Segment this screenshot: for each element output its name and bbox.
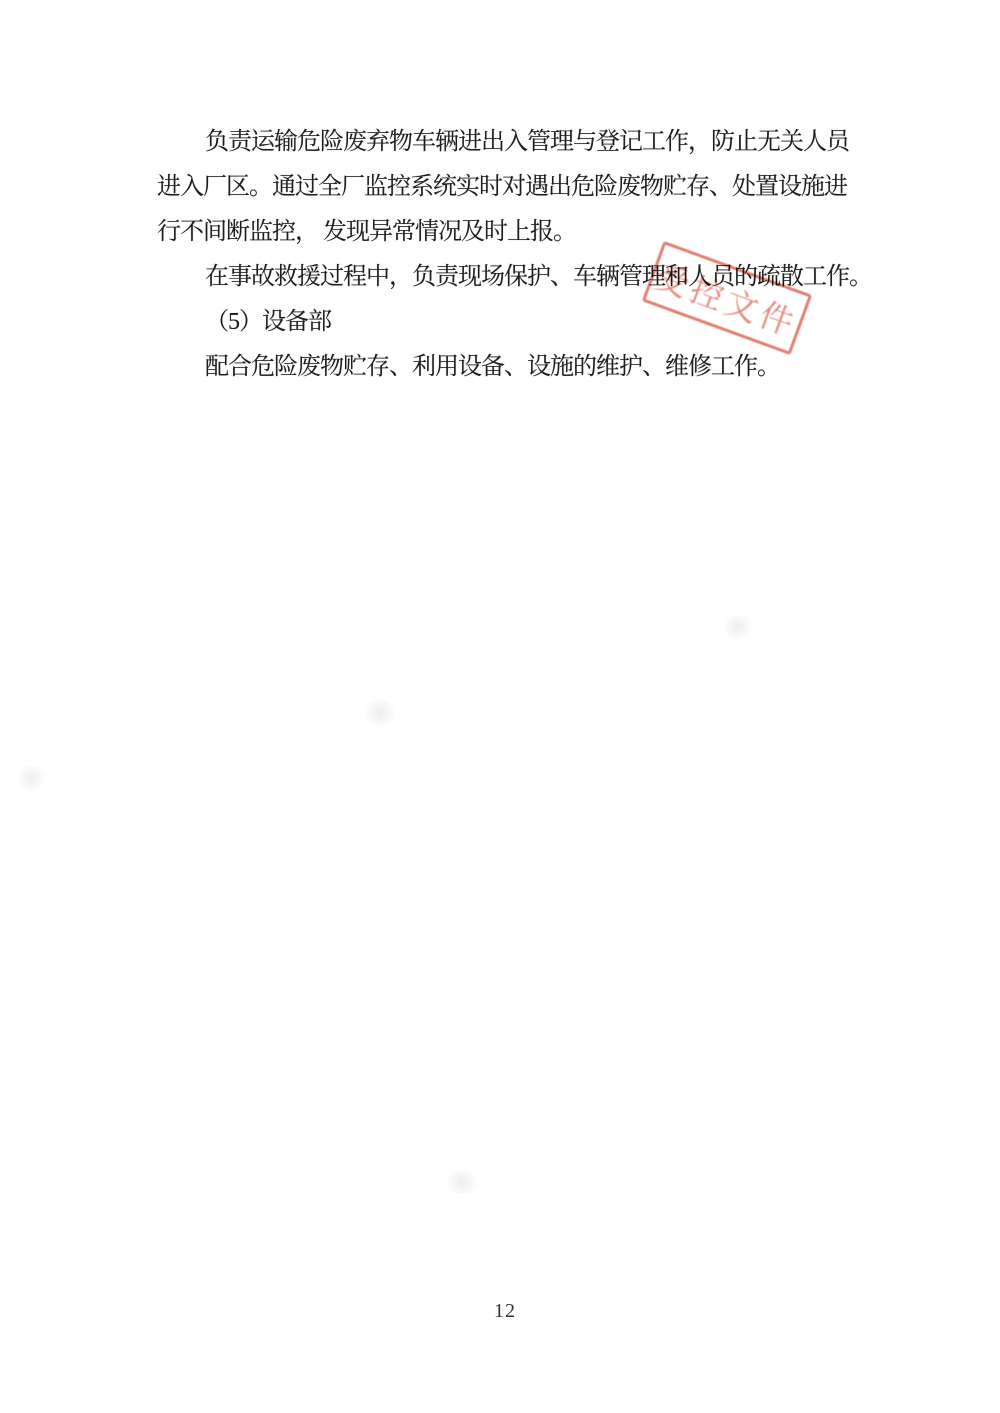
scan-smudge	[360, 700, 400, 726]
paragraph-line: 负责运输危险废弃物车辆进出入管理与登记工作，防止无关人员	[157, 120, 877, 165]
scan-smudge	[442, 1170, 482, 1194]
paragraph-line: 配合危险废物贮存、利用设备、设施的维护、维修工作。	[157, 345, 877, 390]
scan-smudge	[14, 765, 48, 791]
body-text: 负责运输危险废弃物车辆进出入管理与登记工作，防止无关人员 进入厂区。通过全厂监控…	[157, 120, 877, 390]
scan-smudge	[720, 615, 756, 639]
page-number: 12	[0, 1300, 1000, 1323]
paragraph-line: 行不间断监控， 发现异常情况及时上报。	[157, 210, 877, 255]
paragraph-line: 进入厂区。通过全厂监控系统实时对遇出危险废物贮存、处置设施进	[157, 165, 877, 210]
scanned-document-page: 负责运输危险废弃物车辆进出入管理与登记工作，防止无关人员 进入厂区。通过全厂监控…	[0, 0, 1000, 1413]
